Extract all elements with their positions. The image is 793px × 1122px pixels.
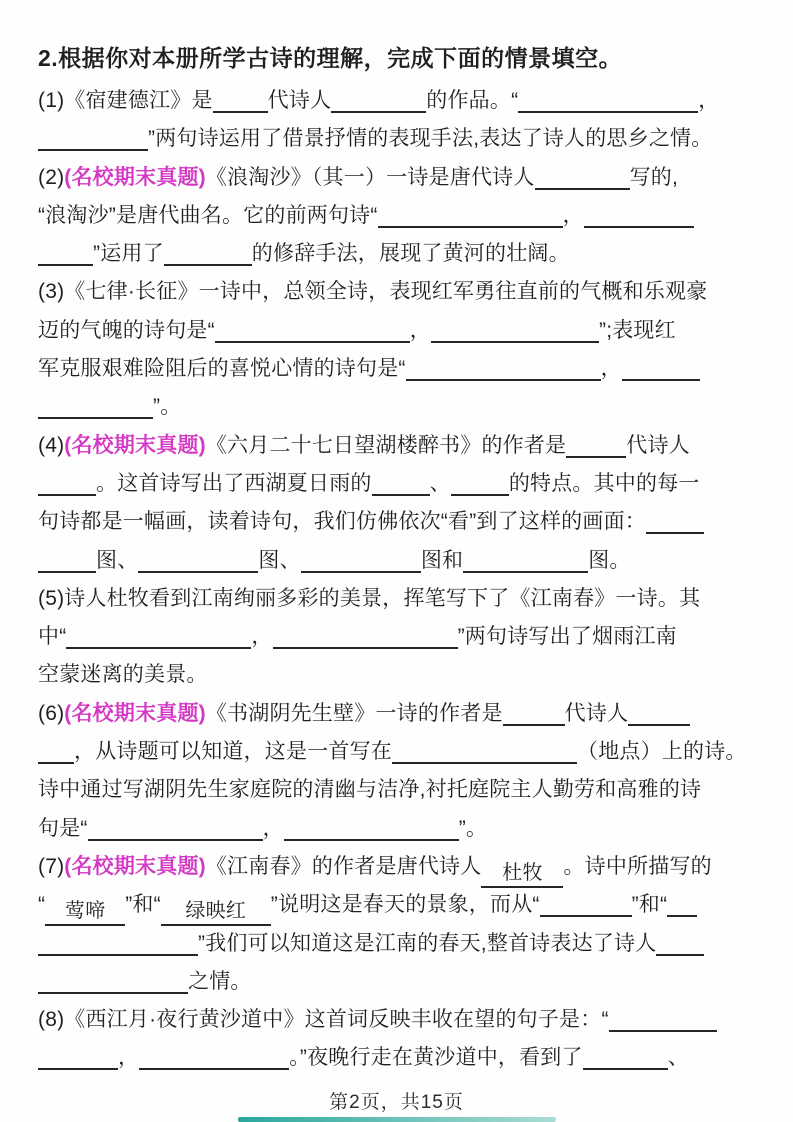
question-text: 图、 (258, 549, 300, 572)
blank-line (540, 887, 632, 917)
worksheet-page: 2.根据你对本册所学古诗的理解，完成下面的情景填空。 (1)《宿建德江》是代诗人… (0, 0, 793, 1122)
question-line: (8)《西江月·夜行黄沙道中》这首词反映丰收在望的句子是：“ (38, 1001, 765, 1039)
question-text: (2) (38, 166, 64, 189)
blank-line (38, 236, 93, 266)
question-text: (8)《西江月·夜行黄沙道中》这首词反映丰收在望的句子是：“ (38, 1008, 609, 1031)
blank-line (38, 964, 188, 994)
exam-source-tag: (名校期末真题) (64, 434, 206, 457)
blank-line (38, 926, 198, 956)
question-text: ， (118, 1046, 139, 1069)
question-text: ”说明这是春天的景象，而从“ (271, 893, 540, 916)
blank-line (38, 121, 148, 151)
question-text: 。诗中所描写的 (563, 855, 711, 878)
question-text: ”;表现红 (599, 319, 676, 342)
question-text: 写的, (630, 166, 678, 189)
question-text: (6) (38, 702, 64, 725)
question-text: 、 (430, 472, 451, 495)
question-line: 。这首诗写出了西湖夏日雨的、的特点。其中的每一 (38, 465, 765, 503)
blank-line (451, 466, 509, 496)
question-line: ”。 (38, 388, 765, 426)
question-text: ， (410, 319, 431, 342)
blank-filled-answer: 绿映红 (161, 896, 271, 926)
blank-line (38, 734, 74, 764)
footer-accent-bar (238, 1117, 556, 1122)
blank-filled-answer: 莺啼 (45, 896, 125, 926)
question-text: ”运用了 (93, 242, 164, 265)
question-line: (5)诗人杜牧看到江南绚丽多彩的美景，挥笔写下了《江南春》一诗。其 (38, 580, 765, 618)
question-line: 中“，”两句诗写出了烟雨江南 (38, 618, 765, 656)
question-text: ，从诗题可以知道，这是一首写在 (74, 740, 392, 763)
page-number: 第2页，共15页 (0, 1087, 793, 1114)
blank-line (66, 619, 251, 649)
question-text: (7) (38, 855, 64, 878)
question-line: ，。”夜晚行走在黄沙道中，看到了、 (38, 1039, 765, 1077)
question-text: ”和“ (125, 893, 161, 916)
question-text: 中“ (38, 625, 66, 648)
question-text: ”。 (459, 817, 487, 840)
question-text: 图。 (588, 549, 630, 572)
question-line: (4)(名校期末真题)《六月二十七日望湖楼醉书》的作者是代诗人 (38, 427, 765, 465)
blank-line (331, 83, 426, 113)
question-text: 《六月二十七日望湖楼醉书》的作者是 (206, 434, 566, 457)
exam-source-tag: (名校期末真题) (64, 166, 206, 189)
question-text: 图、 (96, 549, 138, 572)
blank-line (372, 466, 430, 496)
blank-line (213, 83, 268, 113)
question-text: 《江南春》的作者是唐代诗人 (206, 855, 482, 878)
question-text: （地点）上的诗。 (577, 740, 747, 763)
question-line: “莺啼”和“绿映红”说明这是春天的景象，而从“”和“ (38, 886, 765, 924)
question-text: 空蒙迷离的美景。 (38, 663, 208, 686)
question-line: 句诗都是一幅画，读着诗句，我们仿佛依次“看”到了这样的画面： (38, 503, 765, 541)
page-content: 2.根据你对本册所学古诗的理解，完成下面的情景填空。 (1)《宿建德江》是代诗人… (0, 0, 793, 1078)
blank-line (535, 160, 630, 190)
question-text: 代诗人 (268, 89, 332, 112)
section-title: 2.根据你对本册所学古诗的理解，完成下面的情景填空。 (38, 42, 765, 74)
blank-line (503, 696, 565, 726)
question-line: 句是“，”。 (38, 810, 765, 848)
blank-line (566, 428, 626, 458)
question-text: 。这首诗写出了西湖夏日雨的 (96, 472, 372, 495)
question-text: ”两句诗写出了烟雨江南 (458, 625, 677, 648)
blank-line (518, 83, 698, 113)
question-line: ”两句诗运用了借景抒情的表现手法,表达了诗人的思乡之情。 (38, 120, 765, 158)
blank-line (301, 543, 421, 573)
question-text: 之情。 (188, 970, 252, 993)
question-line: 迈的气魄的诗句是“，”;表现红 (38, 312, 765, 350)
blank-line (378, 198, 563, 228)
question-text: 、 (668, 1046, 689, 1069)
question-text: ”两句诗运用了借景抒情的表现手法,表达了诗人的思乡之情。 (148, 127, 712, 150)
question-line: 之情。 (38, 963, 765, 1001)
question-text: 的修辞手法，展现了黄河的壮阔。 (252, 242, 570, 265)
question-text: ”我们可以知道这是江南的春天,整首诗表达了诗人 (198, 932, 656, 955)
exam-source-tag: (名校期末真题) (64, 702, 206, 725)
blank-line (164, 236, 252, 266)
blank-line (609, 1002, 717, 1032)
question-text: 诗中通过写湖阴先生家庭院的清幽与洁净,衬托庭院主人勤劳和高雅的诗 (38, 778, 701, 801)
blank-line (138, 543, 258, 573)
blank-line (139, 1040, 289, 1070)
blank-line (667, 887, 697, 917)
blank-line (431, 313, 599, 343)
question-text: 军克服艰难险阻后的喜悦心情的诗句是“ (38, 357, 406, 380)
blank-line (215, 313, 410, 343)
question-text: (4) (38, 434, 64, 457)
question-text: ， (251, 625, 272, 648)
question-text: (5)诗人杜牧看到江南绚丽多彩的美景，挥笔写下了《江南春》一诗。其 (38, 587, 700, 610)
question-text: ”和“ (632, 893, 668, 916)
question-text: 的特点。其中的每一 (509, 472, 700, 495)
question-line: (6)(名校期末真题)《书湖阴先生壁》一诗的作者是代诗人 (38, 695, 765, 733)
blank-filled-answer: 杜牧 (481, 858, 563, 888)
blank-line (392, 734, 577, 764)
question-text: ， (263, 817, 284, 840)
question-text: “浪淘沙”是唐代曲名。它的前两句诗“ (38, 204, 378, 227)
question-text: 代诗人 (626, 434, 690, 457)
blank-line (284, 811, 459, 841)
question-line: “浪淘沙”是唐代曲名。它的前两句诗“， (38, 197, 765, 235)
question-text: ， (563, 204, 584, 227)
questions: (1)《宿建德江》是代诗人的作品。“，”两句诗运用了借景抒情的表现手法,表达了诗… (38, 82, 765, 1078)
exam-source-tag: (名校期末真题) (64, 855, 206, 878)
question-text: 《书湖阴先生壁》一诗的作者是 (206, 702, 503, 725)
question-text: ， (698, 89, 719, 112)
blank-line (406, 351, 601, 381)
blank-line (463, 543, 588, 573)
question-line: ”运用了的修辞手法，展现了黄河的壮阔。 (38, 235, 765, 273)
question-text: 代诗人 (565, 702, 629, 725)
blank-line (656, 926, 704, 956)
question-text: 。”夜晚行走在黄沙道中，看到了 (289, 1046, 583, 1069)
question-text: 《浪淘沙》（其一）一诗是唐代诗人 (206, 166, 535, 189)
blank-line (584, 198, 694, 228)
question-text: ”。 (153, 395, 181, 418)
question-line: (3)《七律·长征》一诗中，总领全诗，表现红军勇往直前的气概和乐观豪 (38, 273, 765, 311)
question-text: “ (38, 893, 45, 916)
blank-line (583, 1040, 668, 1070)
blank-line (622, 351, 700, 381)
question-line: (7)(名校期末真题)《江南春》的作者是唐代诗人杜牧。诗中所描写的 (38, 848, 765, 886)
question-text: 句是“ (38, 817, 88, 840)
question-text: (3)《七律·长征》一诗中，总领全诗，表现红军勇往直前的气概和乐观豪 (38, 280, 707, 303)
blank-line (646, 504, 704, 534)
question-text: 图和 (421, 549, 463, 572)
question-line: ，从诗题可以知道，这是一首写在（地点）上的诗。 (38, 733, 765, 771)
blank-line (38, 1040, 118, 1070)
blank-line (273, 619, 458, 649)
question-line: 空蒙迷离的美景。 (38, 656, 765, 694)
question-line: 图、图、图和图。 (38, 542, 765, 580)
question-text: 迈的气魄的诗句是“ (38, 319, 215, 342)
question-text: (1)《宿建德江》是 (38, 89, 213, 112)
blank-line (38, 543, 96, 573)
blank-line (628, 696, 690, 726)
question-text: 的作品。“ (426, 89, 518, 112)
question-text: 句诗都是一幅画，读着诗句，我们仿佛依次“看”到了这样的画面： (38, 510, 646, 533)
question-text: ， (601, 357, 622, 380)
question-line: (1)《宿建德江》是代诗人的作品。“， (38, 82, 765, 120)
question-line: ”我们可以知道这是江南的春天,整首诗表达了诗人 (38, 925, 765, 963)
question-line: 军克服艰难险阻后的喜悦心情的诗句是“， (38, 350, 765, 388)
question-line: (2)(名校期末真题)《浪淘沙》（其一）一诗是唐代诗人写的, (38, 159, 765, 197)
blank-line (88, 811, 263, 841)
question-line: 诗中通过写湖阴先生家庭院的清幽与洁净,衬托庭院主人勤劳和高雅的诗 (38, 771, 765, 809)
blank-line (38, 466, 96, 496)
blank-line (38, 389, 153, 419)
